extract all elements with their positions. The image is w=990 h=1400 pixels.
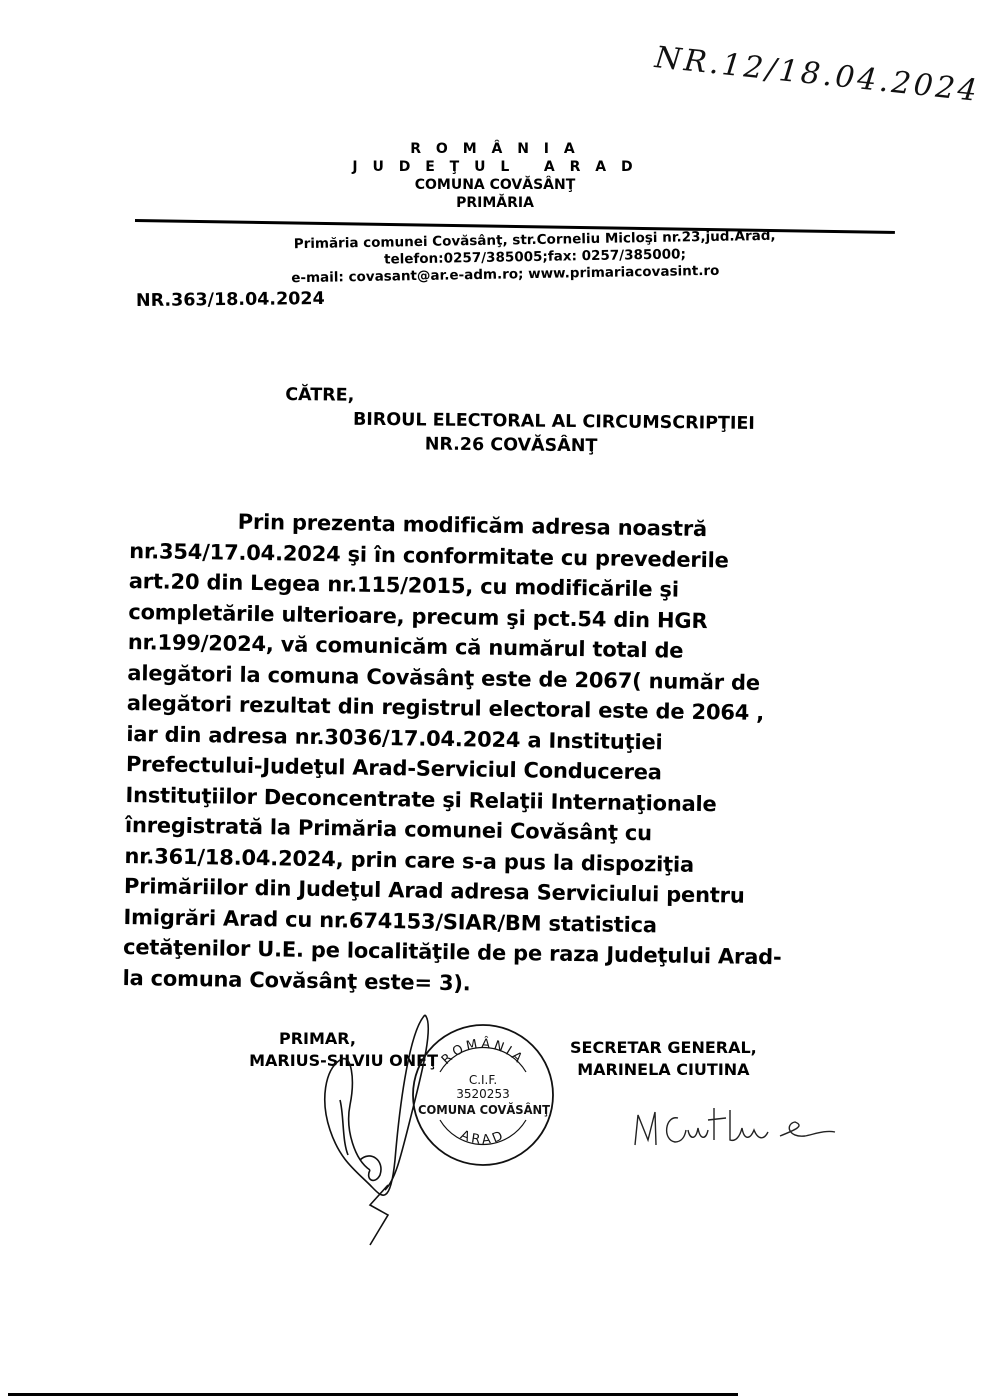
- letterhead-commune: COMUNA COVĂSÂNŢ: [0, 176, 990, 194]
- addressee-recipient-line1: BIROUL ELECTORAL AL CIRCUMSCRIPŢIEI: [353, 408, 755, 436]
- secretary-title: SECRETAR GENERAL,: [570, 1037, 757, 1059]
- registration-number: NR.363/18.04.2024: [136, 289, 325, 311]
- stamp-center-text: COMUNA COVĂSÂNŢ: [418, 1102, 550, 1117]
- stamp-top-text: ROMÂNIA: [439, 1036, 527, 1068]
- addressee-recipient-line2: NR.26 COVĂSÂNŢ: [425, 432, 755, 459]
- contact-block: Primăria comunei Covăsânţ, str.Corneliu …: [140, 225, 931, 290]
- secretary-name: MARINELA CIUTINA: [570, 1059, 757, 1081]
- svg-text:ARAD: ARAD: [458, 1128, 508, 1148]
- secretary-handwritten-signature: [630, 1100, 840, 1160]
- letterhead-office: PRIMĂRIA: [0, 194, 990, 212]
- stamp-cif-number: 3520253: [456, 1087, 509, 1101]
- letter-body: Prin prezenta modificăm adresa noastră n…: [122, 505, 890, 1005]
- footer-divider: [8, 1393, 738, 1396]
- letterhead-country: R O M Â N I A: [0, 140, 990, 158]
- document-page: NR.12/18.04.2024 R O M Â N I A J U D E Ţ…: [0, 0, 990, 1400]
- letterhead: R O M Â N I A J U D E Ţ U L A R A D COMU…: [0, 140, 990, 212]
- official-stamp: ROMÂNIA C.I.F. 3520253 COMUNA COVĂSÂNŢ A…: [408, 1020, 558, 1170]
- stamp-cif-label: C.I.F.: [469, 1073, 497, 1087]
- svg-text:ROMÂNIA: ROMÂNIA: [439, 1036, 527, 1068]
- handwritten-registration-number: NR.12/18.04.2024: [653, 40, 981, 109]
- stamp-bottom-text: ARAD: [458, 1128, 508, 1148]
- addressee-block: CĂTRE, BIROUL ELECTORAL AL CIRCUMSCRIPŢI…: [285, 383, 756, 460]
- secretary-signature-block: SECRETAR GENERAL, MARINELA CIUTINA: [570, 1037, 757, 1081]
- letterhead-county: J U D E Ţ U L A R A D: [0, 158, 990, 176]
